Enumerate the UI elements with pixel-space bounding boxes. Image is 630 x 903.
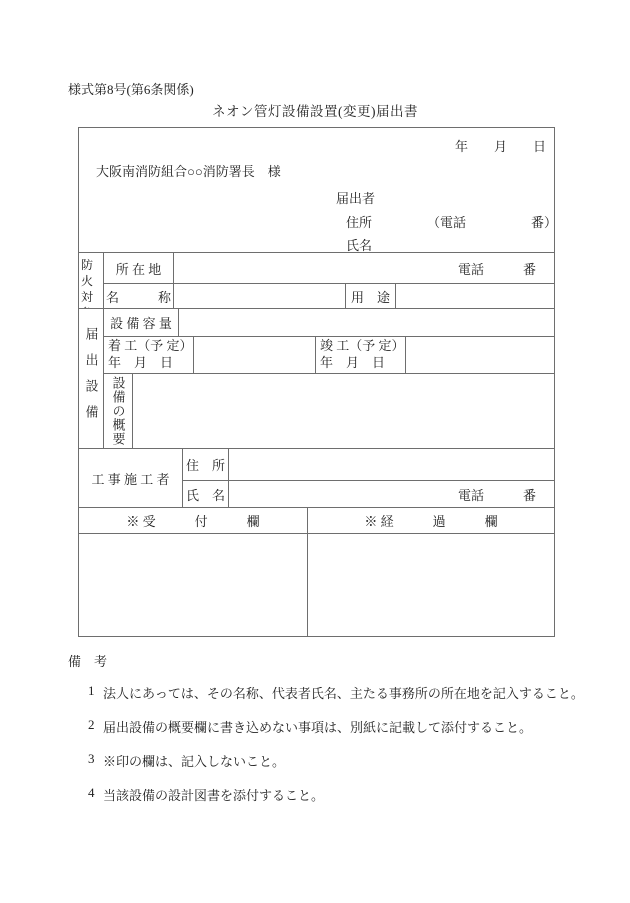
fire-object-group-label: 防火対象物 (79, 253, 104, 309)
contractor-name-value-cell: 電話 番 (229, 481, 554, 508)
progress-column-cell (308, 534, 554, 636)
notifier-phone-label: （電話 番） (427, 212, 554, 231)
remark-text: 届出設備の概要欄に書き込めない事項は、別紙に記載して添付すること。 (103, 717, 532, 736)
completion-date-line1: 竣 工（予 定） (320, 337, 405, 354)
remark-text: 当該設備の設計図書を添付すること。 (103, 785, 324, 804)
remark-item: 3 ※印の欄は、記入しないこと。 (68, 751, 608, 770)
remark-item: 2 届出設備の概要欄に書き込めない事項は、別紙に記載して添付すること。 (68, 717, 608, 736)
remark-text: ※印の欄は、記入しないこと。 (103, 751, 285, 770)
completion-date-label: 竣 工（予 定） 年 月 日 (316, 337, 406, 374)
use-label: 用 途 (346, 284, 396, 309)
remark-number: 2 (88, 717, 102, 736)
notifier-name-label: 氏名 (346, 235, 372, 253)
capacity-label: 設 備 容 量 (104, 309, 179, 337)
location-label: 所 在 地 (104, 253, 174, 284)
outline-label: 設備の概要 (105, 376, 132, 446)
capacity-value-cell (179, 309, 554, 337)
contractor-address-label: 住 所 (183, 449, 229, 481)
remark-text: 法人にあっては、その名称、代表者氏名、主たる事務所の所在地を記入すること。 (103, 683, 584, 702)
remarks-title: 備 考 (68, 651, 608, 670)
form-title: ネオン管灯設備設置(変更)届出書 (0, 100, 630, 120)
addressee: 大阪南消防組合○○消防署長 様 (96, 161, 281, 180)
form-table: 年 月 日 大阪南消防組合○○消防署長 様 届出者 住所 （電話 番） 氏名 防… (78, 127, 555, 637)
remark-item: 4 当該設備の設計図書を添付すること。 (68, 785, 608, 804)
contractor-name-label: 氏 名 (183, 481, 229, 508)
header-block: 年 月 日 大阪南消防組合○○消防署長 様 届出者 住所 （電話 番） 氏名 (79, 128, 554, 253)
remark-number: 4 (88, 785, 102, 804)
outline-value-cell (133, 374, 554, 449)
contractor-group-label: 工 事 施 工 者 (79, 449, 183, 508)
progress-column-header: ※ 経 過 欄 (308, 508, 554, 534)
reception-column-header: ※ 受 付 欄 (79, 508, 308, 534)
remark-number: 3 (88, 751, 102, 770)
name-value-cell (174, 284, 346, 309)
start-date-value-cell (194, 337, 316, 374)
reception-column-cell (79, 534, 308, 636)
completion-date-line2: 年 月 日 (320, 354, 385, 371)
notifier-address-label: 住所 (346, 212, 372, 231)
remarks-section: 備 考 1 法人にあっては、その名称、代表者氏名、主たる事務所の所在地を記入する… (68, 651, 608, 819)
equipment-group-label: 届出設備 (82, 327, 101, 431)
outline-label-cell: 設備の概要 (104, 374, 133, 449)
form-number: 様式第8号(第6条関係) (68, 79, 194, 98)
start-date-label: 着 工（予 定） 年 月 日 (104, 337, 194, 374)
start-date-line1: 着 工（予 定） (108, 337, 193, 354)
location-value-cell: 電話 番 (174, 253, 554, 284)
form-page: 様式第8号(第6条関係) ネオン管灯設備設置(変更)届出書 年 月 日 大阪南消… (0, 0, 630, 903)
name-label: 名 称 (104, 284, 174, 309)
notifier-label: 届出者 (336, 188, 375, 207)
use-value-cell (396, 284, 554, 309)
remark-number: 1 (88, 683, 102, 702)
start-date-line2: 年 月 日 (108, 354, 173, 371)
contractor-address-value-cell (229, 449, 554, 481)
completion-date-value-cell (406, 337, 554, 374)
date-line: 年 月 日 (455, 136, 546, 155)
remark-item: 1 法人にあっては、その名称、代表者氏名、主たる事務所の所在地を記入すること。 (68, 683, 608, 702)
equipment-group-cell: 届出設備 (79, 309, 104, 449)
